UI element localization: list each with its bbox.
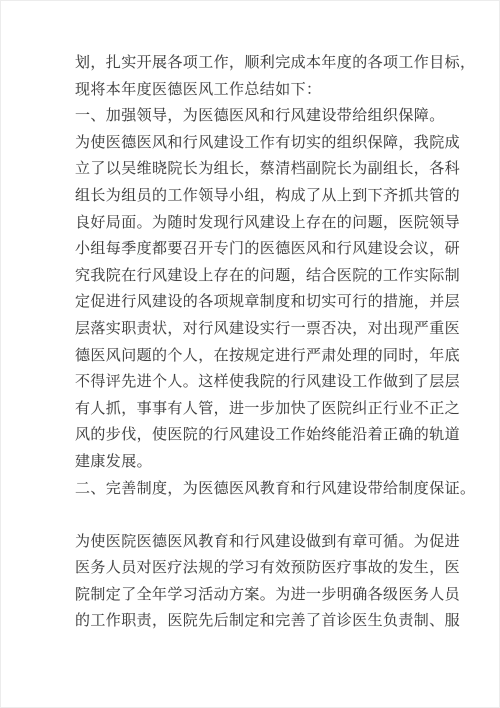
blank-line: [75, 502, 470, 529]
text-line-02: 现将本年度医德医风工作总结如下：: [75, 77, 470, 104]
text-line-07: 良好局面。为随时发现行风建设上存在的问题，医院领导: [75, 210, 470, 237]
text-line-13: 不得评先进个人。这样使我院的行风建设工作做到了层层: [75, 369, 470, 396]
text-line-12: 德医风问题的个人，在按规定进行严肃处理的同时，年底: [75, 343, 470, 370]
document-page: 划，扎实开展各项工作，顺利完成本年度的各项工作目标， 现将本年度医德医风工作总结…: [0, 0, 500, 708]
text-line-09: 究我院在行风建设上存在的问题，结合医院的工作实际制: [75, 263, 470, 290]
document-text-block: 划，扎实开展各项工作，顺利完成本年度的各项工作目标， 现将本年度医德医风工作总结…: [75, 50, 470, 635]
text-line-04: 为使医德医风和行风建设工作有切实的组织保障，我院成: [75, 130, 470, 157]
text-line-01: 划，扎实开展各项工作，顺利完成本年度的各项工作目标，: [75, 50, 470, 77]
text-line-05: 立了以吴维晓院长为组长，蔡清档副院长为副组长，各科: [75, 156, 470, 183]
text-line-03-heading-1: 一、加强领导，为医德医风和行风建设带给组织保障。: [75, 103, 470, 130]
text-line-20: 院制定了全年学习活动方案。为进一步明确各级医务人员: [75, 582, 470, 609]
text-line-19: 医务人员对医疗法规的学习有效预防医疗事故的发生，医: [75, 555, 470, 582]
text-line-06: 组长为组员的工作领导小组，构成了从上到下齐抓共管的: [75, 183, 470, 210]
text-line-16: 建康发展。: [75, 449, 470, 476]
text-line-08: 小组每季度都要召开专门的医德医风和行风建设会议，研: [75, 236, 470, 263]
text-line-10: 定促进行风建设的各项规章制度和切实可行的措施，并层: [75, 289, 470, 316]
text-line-18: 为使医院医德医风教育和行风建设做到有章可循。为促进: [75, 529, 470, 556]
text-line-14: 有人抓，事事有人管，进一步加快了医院纠正行业不正之: [75, 396, 470, 423]
text-line-21: 的工作职责，医院先后制定和完善了首诊医生负责制、服: [75, 608, 470, 635]
text-line-11: 层落实职责状，对行风建设实行一票否决，对出现严重医: [75, 316, 470, 343]
text-line-17-heading-2: 二、完善制度，为医德医风教育和行风建设带给制度保证。: [75, 476, 470, 503]
text-line-15: 风的步伐，使医院的行风建设工作始终能沿着正确的轨道: [75, 422, 470, 449]
